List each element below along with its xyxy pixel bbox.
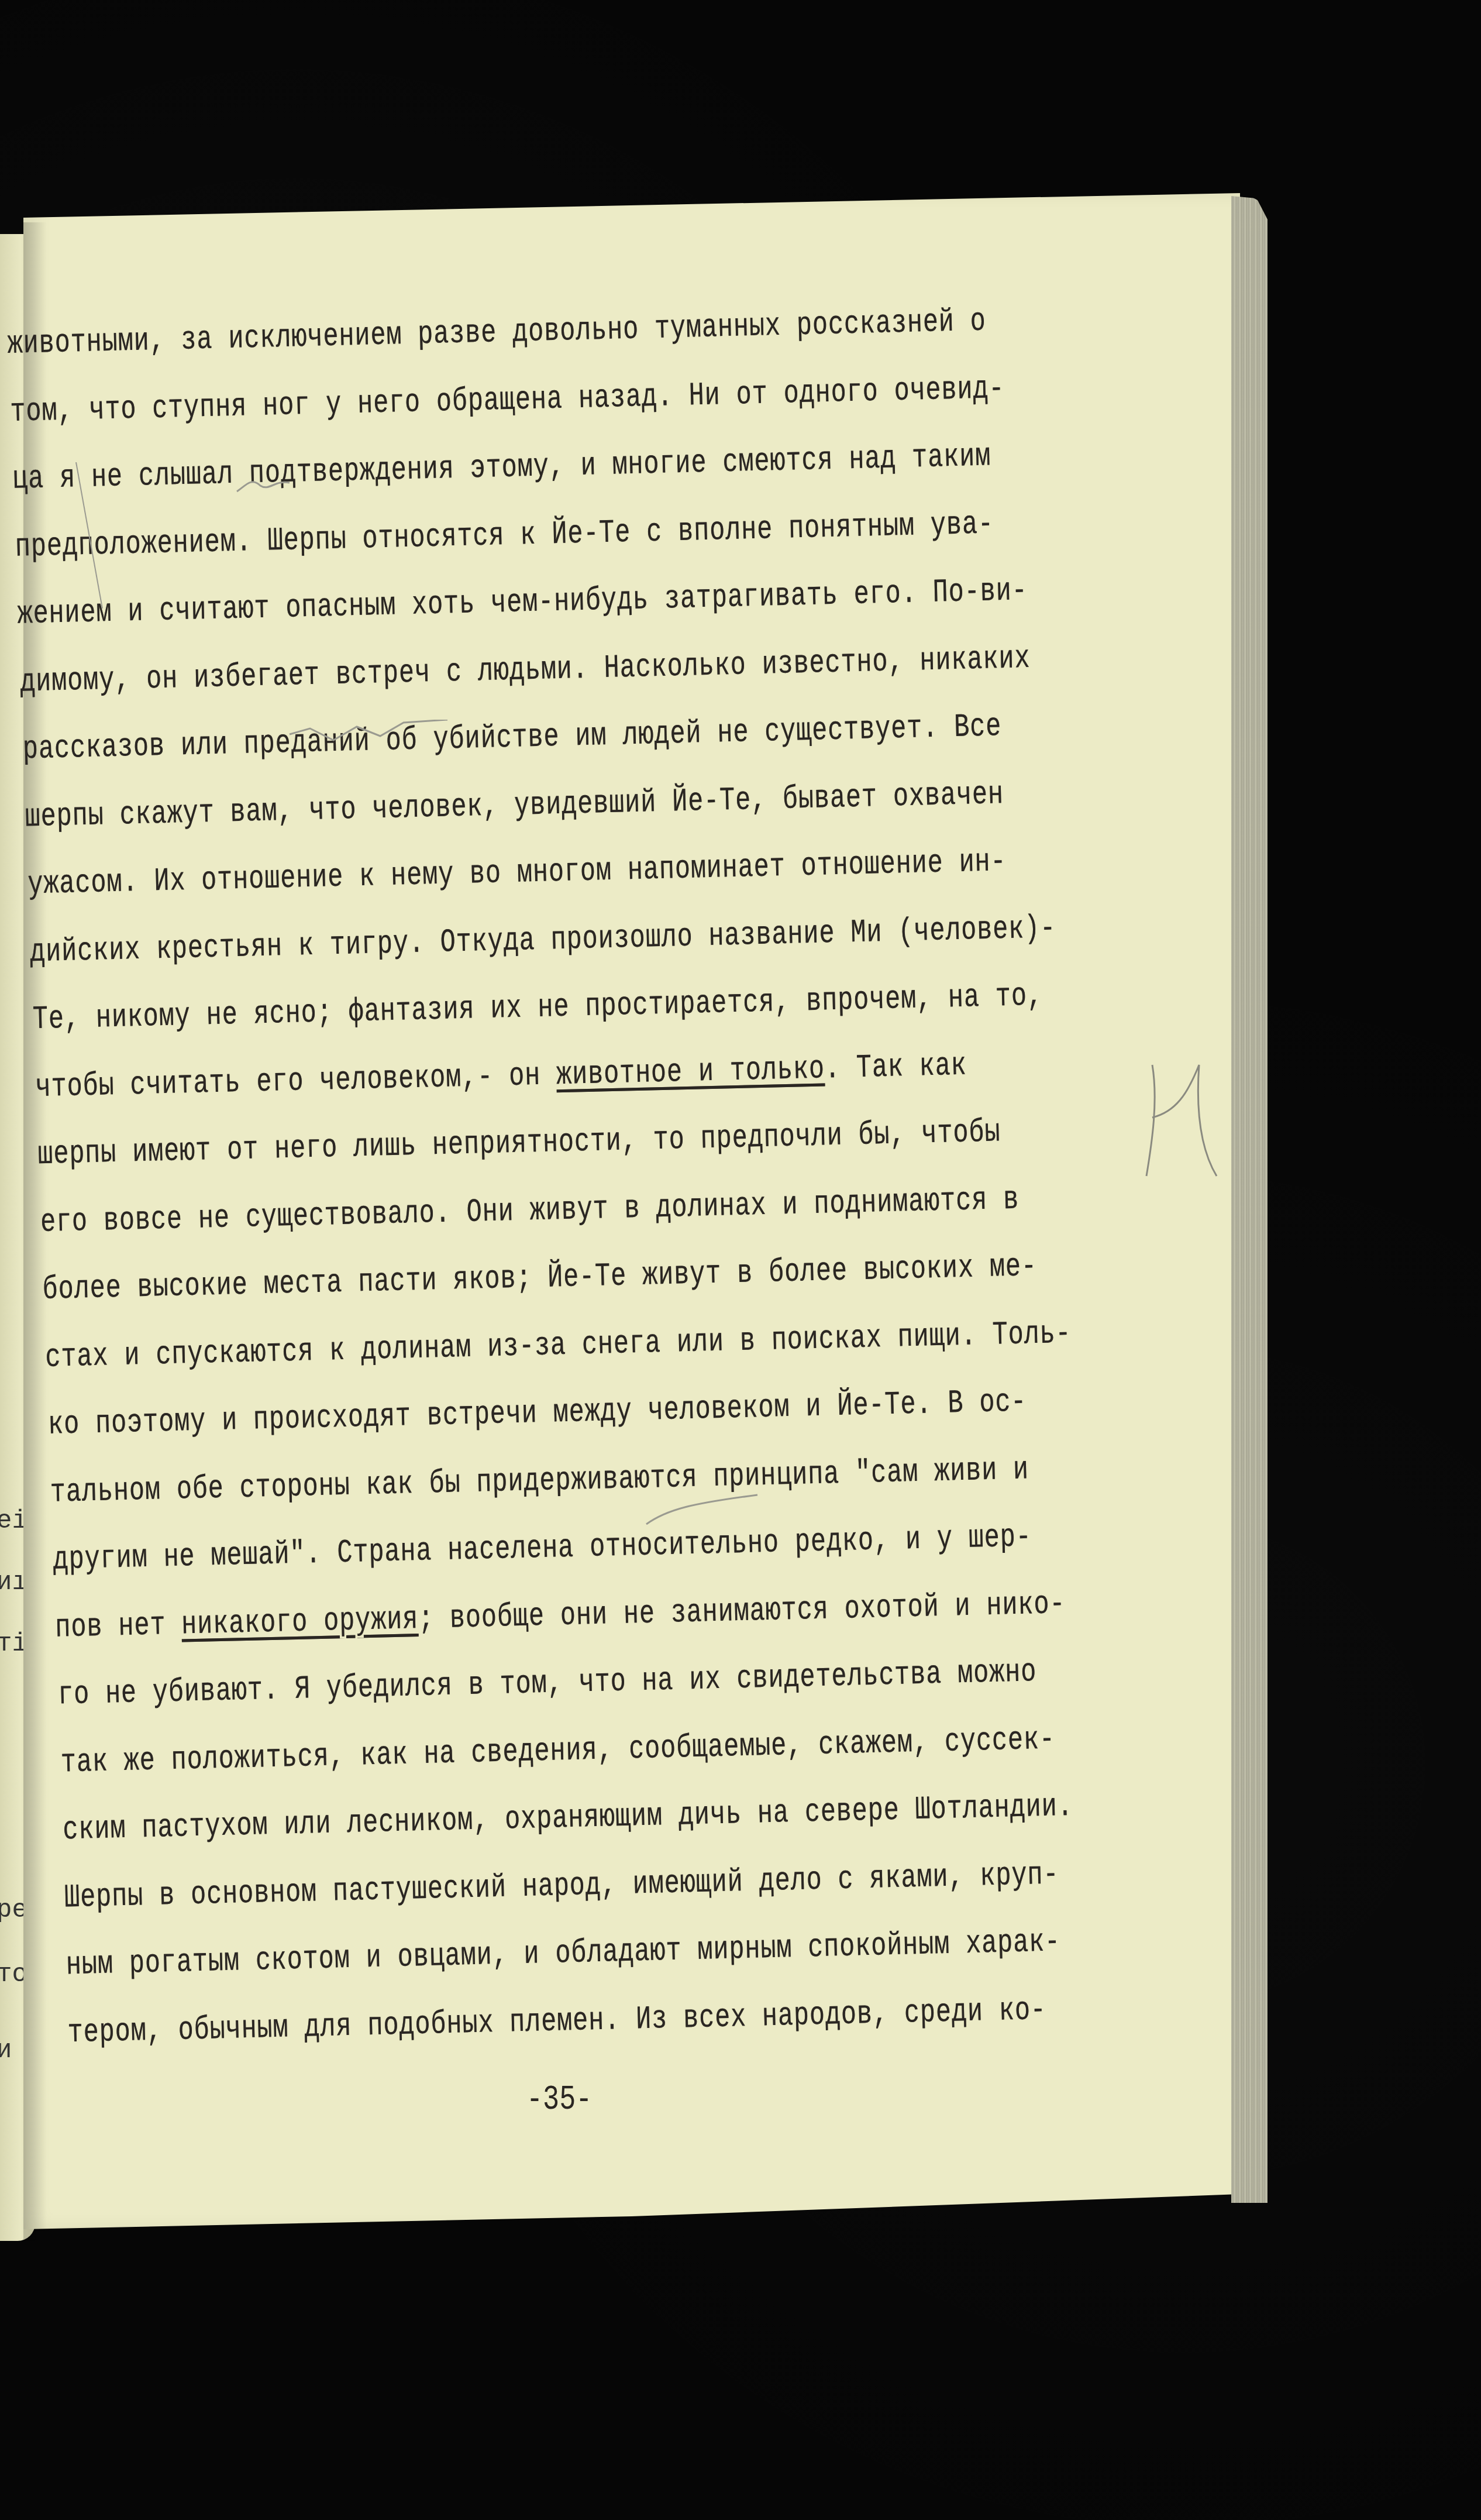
page-number: -35- — [526, 2080, 592, 2120]
underlined-phrase: животное и только — [556, 1050, 825, 1094]
text-span: . Так как — [824, 1046, 967, 1087]
left-page-fragment: и — [0, 2036, 12, 2065]
underlined-phrase: никакого оружия — [181, 1600, 419, 1644]
text-span: пов нет — [55, 1605, 182, 1646]
page-stack-edge — [1231, 196, 1268, 2203]
